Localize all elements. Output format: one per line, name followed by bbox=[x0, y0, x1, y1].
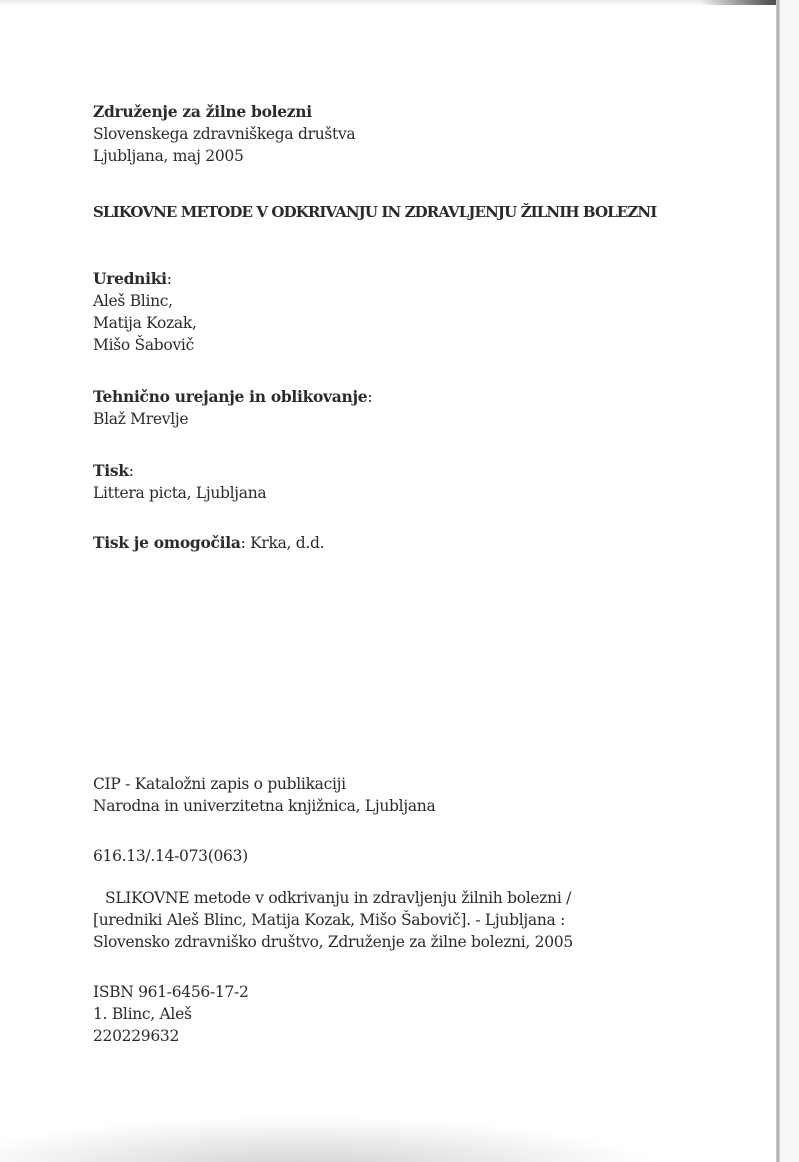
isbn: ISBN 961-6456-17-2 bbox=[93, 981, 249, 1003]
technical-editing-label: Tehnično urejanje in oblikovanje bbox=[93, 387, 367, 406]
udc-number: 616.13/.14-073(063) bbox=[93, 845, 248, 867]
sponsor-value: Krka, d.d. bbox=[250, 534, 324, 552]
sponsor-block: Tisk je omogočila: Krka, d.d. bbox=[93, 532, 324, 554]
editor-name: Aleš Blinc, bbox=[93, 290, 197, 312]
page-bottom-shadow bbox=[0, 1092, 799, 1162]
editor-name: Matija Kozak, bbox=[93, 312, 197, 334]
cobiss-id: 220229632 bbox=[93, 1025, 249, 1047]
page-edge-line bbox=[776, 0, 780, 1162]
editor-name: Mišo Šabovič bbox=[93, 334, 197, 356]
technical-editing-block: Tehnično urejanje in oblikovanje: Blaž M… bbox=[93, 386, 372, 430]
print-block: Tisk: Littera picta, Ljubljana bbox=[93, 460, 266, 504]
editors-block: Uredniki: Aleš Blinc, Matija Kozak, Mišo… bbox=[93, 268, 197, 356]
sponsor-label: Tisk je omogočila bbox=[93, 533, 241, 552]
cip-heading: CIP - Kataložni zapis o publikaciji bbox=[93, 773, 435, 795]
cip-record-line: [uredniki Aleš Blinc, Matija Kozak, Mišo… bbox=[93, 909, 573, 931]
print-value: Littera picta, Ljubljana bbox=[93, 482, 266, 504]
cip-udc: 616.13/.14-073(063) bbox=[93, 845, 248, 867]
page-top-shadow bbox=[0, 0, 799, 6]
publisher-name: Združenje za žilne bolezni bbox=[93, 101, 355, 123]
technical-editing-value: Blaž Mrevlje bbox=[93, 408, 372, 430]
cip-library: Narodna in univerzitetna knjižnica, Ljub… bbox=[93, 795, 435, 817]
publication-place-date: Ljubljana, maj 2005 bbox=[93, 145, 355, 167]
print-label: Tisk bbox=[93, 461, 129, 480]
cip-record-line: SLIKOVNE metode v odkrivanju in zdravlje… bbox=[93, 887, 573, 909]
editors-label: Uredniki bbox=[93, 269, 167, 288]
cip-identifiers: ISBN 961-6456-17-2 1. Blinc, Aleš 220229… bbox=[93, 981, 249, 1047]
cip-record: SLIKOVNE metode v odkrivanju in zdravlje… bbox=[93, 887, 573, 953]
book-title: SLIKOVNE METODE V ODKRIVANJU IN ZDRAVLJE… bbox=[93, 201, 693, 223]
cip-record-line: Slovensko zdravniško društvo, Združenje … bbox=[93, 931, 573, 953]
publisher-block: Združenje za žilne bolezni Slovenskega z… bbox=[93, 101, 355, 167]
publisher-society: Slovenskega zdravniškega društva bbox=[93, 123, 355, 145]
subject-entry: 1. Blinc, Aleš bbox=[93, 1003, 249, 1025]
cip-header-block: CIP - Kataložni zapis o publikaciji Naro… bbox=[93, 773, 435, 817]
page-margin-right bbox=[780, 0, 799, 1162]
